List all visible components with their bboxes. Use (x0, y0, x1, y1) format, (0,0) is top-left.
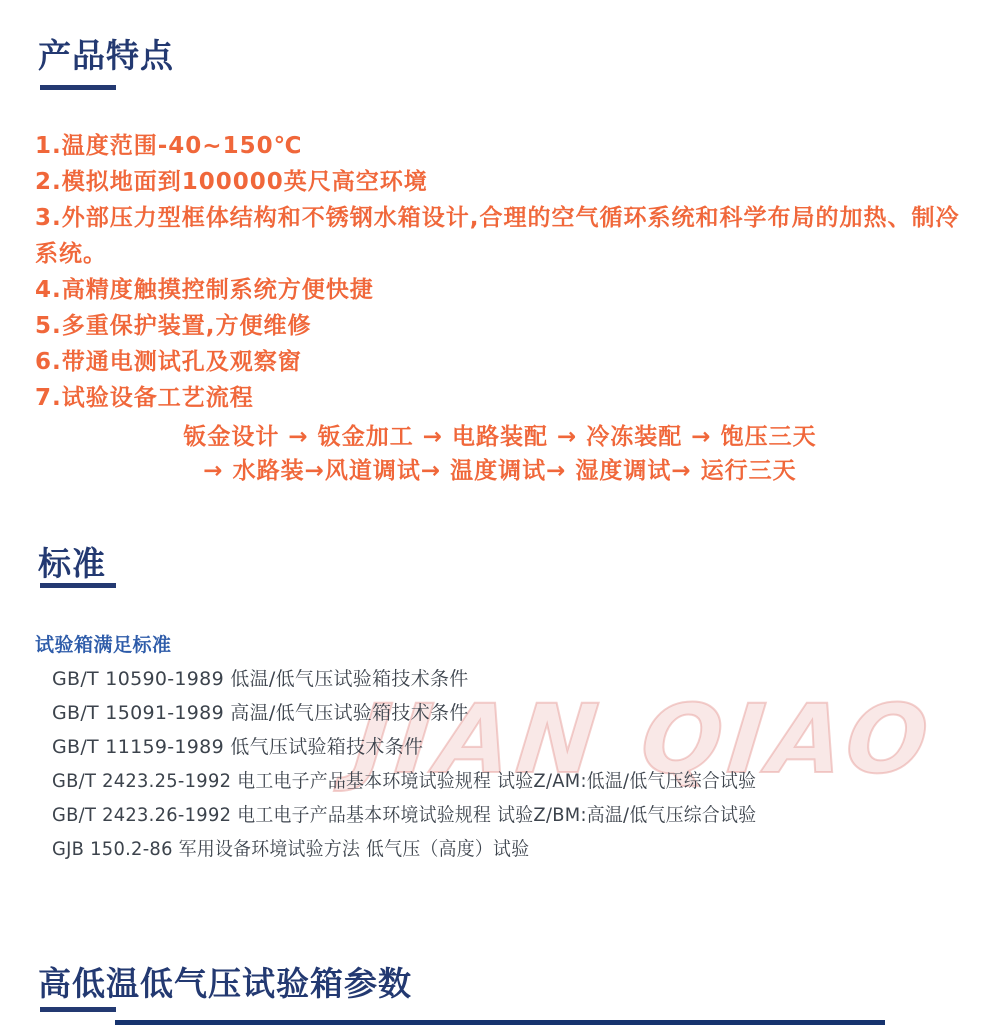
standard-item: GB/T 2423.25-1992 电工电子产品基本环境试验规程 试验Z/AM:… (52, 764, 756, 798)
feature-item: 3.外部压力型框体结构和不锈钢水箱设计,合理的空气循环系统和科学布局的加热、制冷… (35, 200, 970, 272)
features-list: 1.温度范围-40~150℃ 2.模拟地面到100000英尺高空环境 3.外部压… (35, 128, 970, 416)
process-flow: 钣金设计 → 钣金加工 → 电路装配 → 冷冻装配 → 饱压三天 → 水路装→风… (0, 420, 1000, 488)
standard-item: GJB 150.2-86 军用设备环境试验方法 低气压（高度）试验 (52, 832, 756, 866)
standard-item: GB/T 11159-1989 低气压试验箱技术条件 (52, 730, 801, 764)
standards-title-underline (40, 583, 116, 588)
process-flow-line-1: 钣金设计 → 钣金加工 → 电路装配 → 冷冻装配 → 饱压三天 (0, 420, 1000, 454)
feature-item: 4.高精度触摸控制系统方便快捷 (35, 272, 970, 308)
features-section-title: 产品特点 (38, 30, 174, 77)
standards-list: GB/T 10590-1989 低温/低气压试验箱技术条件 GB/T 15091… (52, 662, 801, 866)
standard-item: GB/T 2423.26-1992 电工电子产品基本环境试验规程 试验Z/BM:… (52, 798, 756, 832)
parameters-section-title: 高低温低气压试验箱参数 (38, 958, 412, 1005)
process-flow-line-2: → 水路装→风道调试→ 温度调试→ 湿度调试→ 运行三天 (0, 454, 1000, 488)
parameters-table-top-edge (115, 1020, 885, 1025)
feature-item: 7.试验设备工艺流程 (35, 380, 970, 416)
standard-item: GB/T 15091-1989 高温/低气压试验箱技术条件 (52, 696, 801, 730)
feature-item: 6.带通电测试孔及观察窗 (35, 344, 970, 380)
parameters-title-underline (40, 1007, 116, 1012)
standards-subtitle: 试验箱满足标准 (35, 630, 172, 657)
standard-item: GB/T 10590-1989 低温/低气压试验箱技术条件 (52, 662, 801, 696)
feature-item: 5.多重保护装置,方便维修 (35, 308, 970, 344)
feature-item: 2.模拟地面到100000英尺高空环境 (35, 164, 970, 200)
standards-section-title: 标准 (38, 538, 106, 585)
feature-item: 1.温度范围-40~150℃ (35, 128, 970, 164)
features-title-underline (40, 85, 116, 90)
